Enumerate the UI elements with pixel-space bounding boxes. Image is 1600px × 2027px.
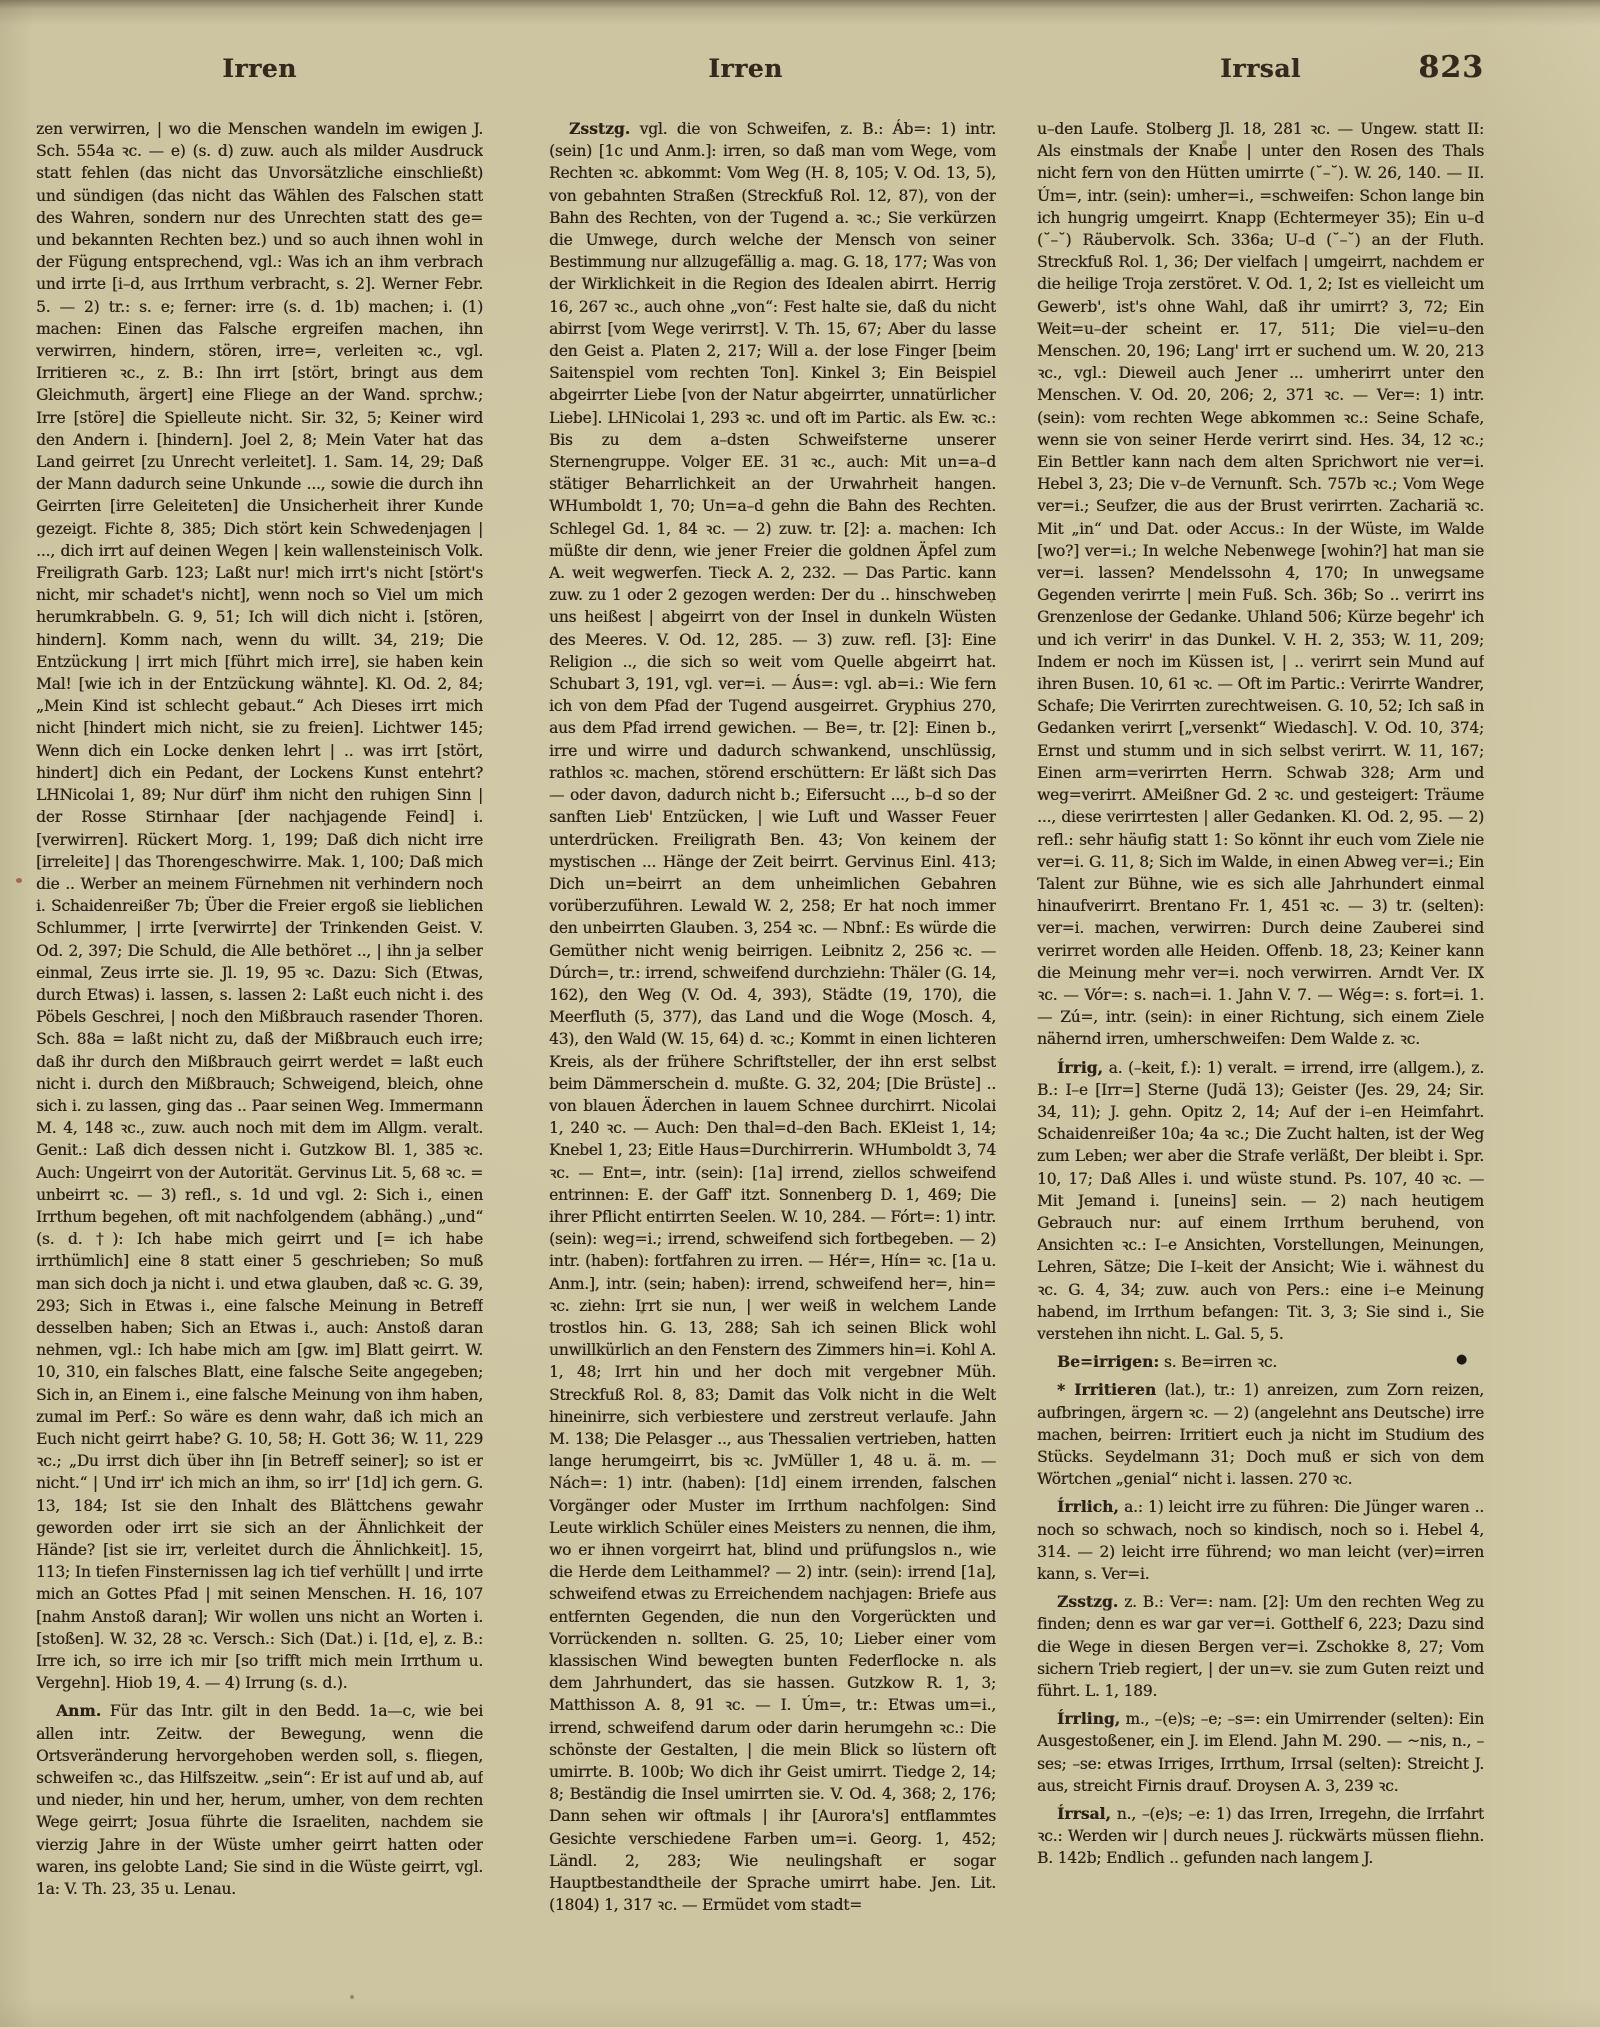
ink-dot-artifact: ● (1456, 1356, 1464, 1364)
text-column-1: zen verwirren, | wo die Menschen wandeln… (36, 118, 483, 2013)
paragraph: Zsstzg. vgl. die von Schweifen, z. B.: Á… (549, 118, 996, 1916)
paragraph: Írrlich, a.: 1) leicht irre zu führen: D… (1037, 1496, 1484, 1585)
paragraph: * Irritieren (lat.), tr.: 1) anreizen, z… (1037, 1379, 1484, 1490)
paragraph: Anm. Für das Intr. gilt in den Bedd. 1a—… (36, 1700, 483, 1900)
text-column-2: Zsstzg. vgl. die von Schweifen, z. B.: Á… (549, 118, 996, 2013)
text-column-3: u–den Laufe. Stolberg Jl. 18, 281 ꝛc. — … (1037, 118, 1484, 2013)
paragraph: Be=irrigen: s. Be=irren ꝛc. (1037, 1351, 1484, 1373)
dictionary-page-scan: Irren Irren Irrsal 823 zen verwirren, | … (0, 0, 1600, 2027)
paragraph: Írrling, m., –(e)s; –e; –s=: ein Umirren… (1037, 1708, 1484, 1797)
paper-speck (16, 878, 22, 883)
paragraph: Zsstzg. z. B.: Ver=: nam. [2]: Um den re… (1037, 1591, 1484, 1702)
header-keyword-center: Irren (522, 54, 969, 83)
paragraph: Írrig, a. (–keit, f.): 1) veralt. = irre… (1037, 1057, 1484, 1346)
page-number: 823 (1330, 50, 1484, 85)
paragraph: u–den Laufe. Stolberg Jl. 18, 281 ꝛc. — … (1037, 118, 1484, 1051)
header-keyword-left: Irren (36, 54, 483, 83)
paragraph: Írrsal, n., –(e)s; –e: 1) das Irren, Irr… (1037, 1803, 1484, 1870)
paragraph: zen verwirren, | wo die Menschen wandeln… (36, 118, 483, 1694)
